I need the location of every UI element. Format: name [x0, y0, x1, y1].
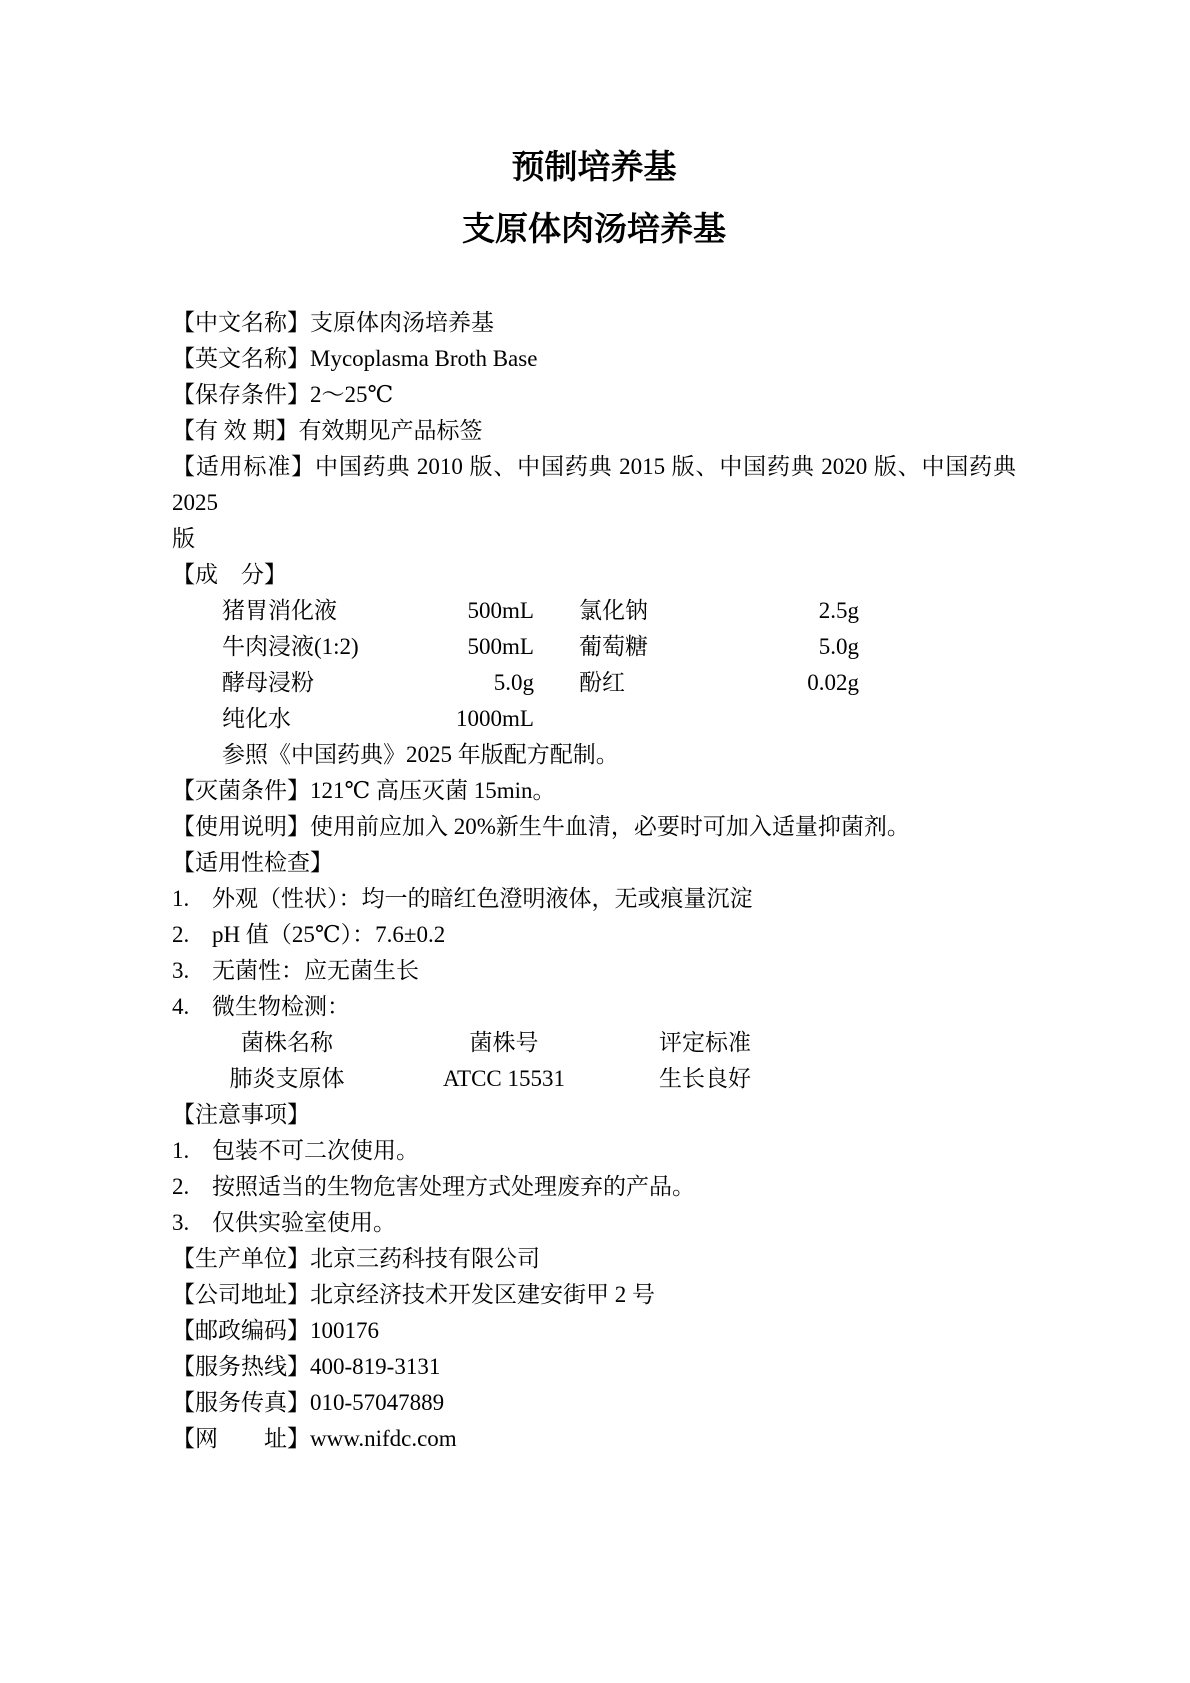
item-number: 1.	[172, 1133, 212, 1169]
field-value: 100176	[310, 1318, 379, 1343]
ingredient-name: 纯化水	[222, 701, 452, 737]
field-usage-instructions: 【使用说明】使用前应加入 20%新生牛血清，必要时可加入适量抑菌剂。	[172, 809, 1016, 845]
field-service-hotline: 【服务热线】400-819-3131	[172, 1349, 1016, 1385]
item-number: 2.	[172, 917, 212, 953]
field-label: 【保存条件】	[172, 382, 310, 407]
ingredient-amount: 1000mL	[452, 701, 534, 737]
ingredient-amount: 5.0g	[452, 665, 534, 701]
field-label: 【服务传真】	[172, 1390, 310, 1415]
field-storage-condition: 【保存条件】2～25℃	[172, 377, 1016, 413]
field-english-name: 【英文名称】Mycoplasma Broth Base	[172, 341, 1016, 377]
field-value: 400-819-3131	[310, 1354, 440, 1379]
field-sterilization-condition: 【灭菌条件】121℃ 高压灭菌 15min。	[172, 773, 1016, 809]
notes-item: 2.按照适当的生物危害处理方式处理废弃的产品。	[172, 1169, 1016, 1205]
ingredient-name: 葡萄糖	[534, 629, 774, 665]
field-service-fax: 【服务传真】010-57047889	[172, 1385, 1016, 1421]
notes-item: 1.包装不可二次使用。	[172, 1133, 1016, 1169]
field-value: 北京经济技术开发区建安街甲 2 号	[310, 1282, 655, 1307]
notes-section-label: 【注意事项】	[172, 1097, 1016, 1133]
strain-table-row: 肺炎支原体 ATCC 15531 生长良好	[172, 1061, 1016, 1097]
field-value: 010-57047889	[310, 1390, 444, 1415]
field-label: 【公司地址】	[172, 1282, 310, 1307]
composition-section-label: 【成 分】	[172, 557, 1016, 593]
composition-row: 纯化水1000mL	[222, 701, 1016, 737]
item-text: 外观（性状）：均一的暗红色澄明液体，无或痕量沉淀	[212, 881, 1016, 917]
field-label: 【邮政编码】	[172, 1318, 310, 1343]
item-number: 2.	[172, 1169, 212, 1205]
item-text: 微生物检测：	[212, 989, 1016, 1025]
composition-row: 猪胃消化液500mL氯化钠2.5g	[222, 593, 1016, 629]
ingredient-amount: 2.5g	[774, 593, 859, 629]
strain-result: 生长良好	[606, 1061, 804, 1097]
field-label: 【中文名称】	[172, 310, 310, 335]
item-text: 包装不可二次使用。	[212, 1133, 1016, 1169]
field-label: 【使用说明】	[172, 814, 310, 839]
strain-table-header: 评定标准	[606, 1025, 804, 1061]
strain-table-header: 菌株号	[402, 1025, 606, 1061]
strain-table-header: 菌株名称	[172, 1025, 402, 1061]
field-chinese-name: 【中文名称】支原体肉汤培养基	[172, 305, 1016, 341]
field-company-address: 【公司地址】北京经济技术开发区建安街甲 2 号	[172, 1277, 1016, 1313]
suitability-section-label: 【适用性检查】	[172, 845, 1016, 881]
item-number: 4.	[172, 989, 212, 1025]
field-value: 2～25℃	[310, 382, 393, 407]
item-text: 按照适当的生物危害处理方式处理废弃的产品。	[212, 1169, 1016, 1205]
notes-item: 3.仅供实验室使用。	[172, 1205, 1016, 1241]
ingredient-amount: 500mL	[452, 629, 534, 665]
field-manufacturer: 【生产单位】北京三药科技有限公司	[172, 1241, 1016, 1277]
field-applicable-standard-line1: 【适用标准】中国药典 2010 版、中国药典 2015 版、中国药典 2020 …	[172, 449, 1016, 521]
item-number: 1.	[172, 881, 212, 917]
strain-table-header-row: 菌株名称 菌株号 评定标准	[172, 1025, 1016, 1061]
ingredient-amount: 500mL	[452, 593, 534, 629]
field-website: 【网 址】www.nifdc.com	[172, 1421, 1016, 1457]
field-postal-code: 【邮政编码】100176	[172, 1313, 1016, 1349]
suitability-item: 4.微生物检测：	[172, 989, 1016, 1025]
item-text: 仅供实验室使用。	[212, 1205, 1016, 1241]
field-value: Mycoplasma Broth Base	[310, 346, 537, 371]
suitability-item: 2.pH 值（25℃）：7.6±0.2	[172, 917, 1016, 953]
field-value: 使用前应加入 20%新生牛血清，必要时可加入适量抑菌剂。	[310, 814, 910, 839]
field-value: 有效期见产品标签	[299, 418, 483, 443]
ingredient-name: 酵母浸粉	[222, 665, 452, 701]
ingredient-amount	[774, 701, 859, 737]
strain-number: ATCC 15531	[402, 1061, 606, 1097]
item-text: pH 值（25℃）：7.6±0.2	[212, 917, 1016, 953]
composition-row: 酵母浸粉5.0g酚红0.02g	[222, 665, 1016, 701]
ingredient-amount: 0.02g	[774, 665, 859, 701]
suitability-item: 3.无菌性：应无菌生长	[172, 953, 1016, 989]
field-value: 北京三药科技有限公司	[310, 1246, 540, 1271]
item-text: 无菌性：应无菌生长	[212, 953, 1016, 989]
document-title-line1: 预制培养基	[172, 144, 1016, 192]
composition-row: 牛肉浸液(1:2)500mL葡萄糖5.0g	[222, 629, 1016, 665]
field-validity-period: 【有 效 期】有效期见产品标签	[172, 413, 1016, 449]
ingredient-name: 牛肉浸液(1:2)	[222, 629, 452, 665]
ingredient-amount: 5.0g	[774, 629, 859, 665]
field-label: 【网 址】	[172, 1426, 310, 1451]
field-label: 【有 效 期】	[172, 418, 299, 443]
strain-name: 肺炎支原体	[172, 1061, 402, 1097]
field-label: 【英文名称】	[172, 346, 310, 371]
item-number: 3.	[172, 1205, 212, 1241]
field-value: 支原体肉汤培养基	[310, 310, 494, 335]
document-title-line2: 支原体肉汤培养基	[172, 206, 1016, 254]
ingredient-name: 酚红	[534, 665, 774, 701]
field-applicable-standard-line2: 版	[172, 521, 1016, 557]
field-label: 【灭菌条件】	[172, 778, 310, 803]
composition-reference-note: 参照《中国药典》2025 年版配方配制。	[222, 737, 1016, 773]
field-value: www.nifdc.com	[310, 1426, 457, 1451]
ingredient-name: 猪胃消化液	[222, 593, 452, 629]
field-value: 121℃ 高压灭菌 15min。	[310, 778, 556, 803]
document-page: 预制培养基 支原体肉汤培养基 【中文名称】支原体肉汤培养基 【英文名称】Myco…	[0, 0, 1190, 1683]
ingredient-name: 氯化钠	[534, 593, 774, 629]
field-label: 【生产单位】	[172, 1246, 310, 1271]
document-body: 【中文名称】支原体肉汤培养基 【英文名称】Mycoplasma Broth Ba…	[172, 305, 1016, 1457]
suitability-item: 1.外观（性状）：均一的暗红色澄明液体，无或痕量沉淀	[172, 881, 1016, 917]
field-label: 【服务热线】	[172, 1354, 310, 1379]
ingredient-name	[534, 701, 774, 737]
item-number: 3.	[172, 953, 212, 989]
